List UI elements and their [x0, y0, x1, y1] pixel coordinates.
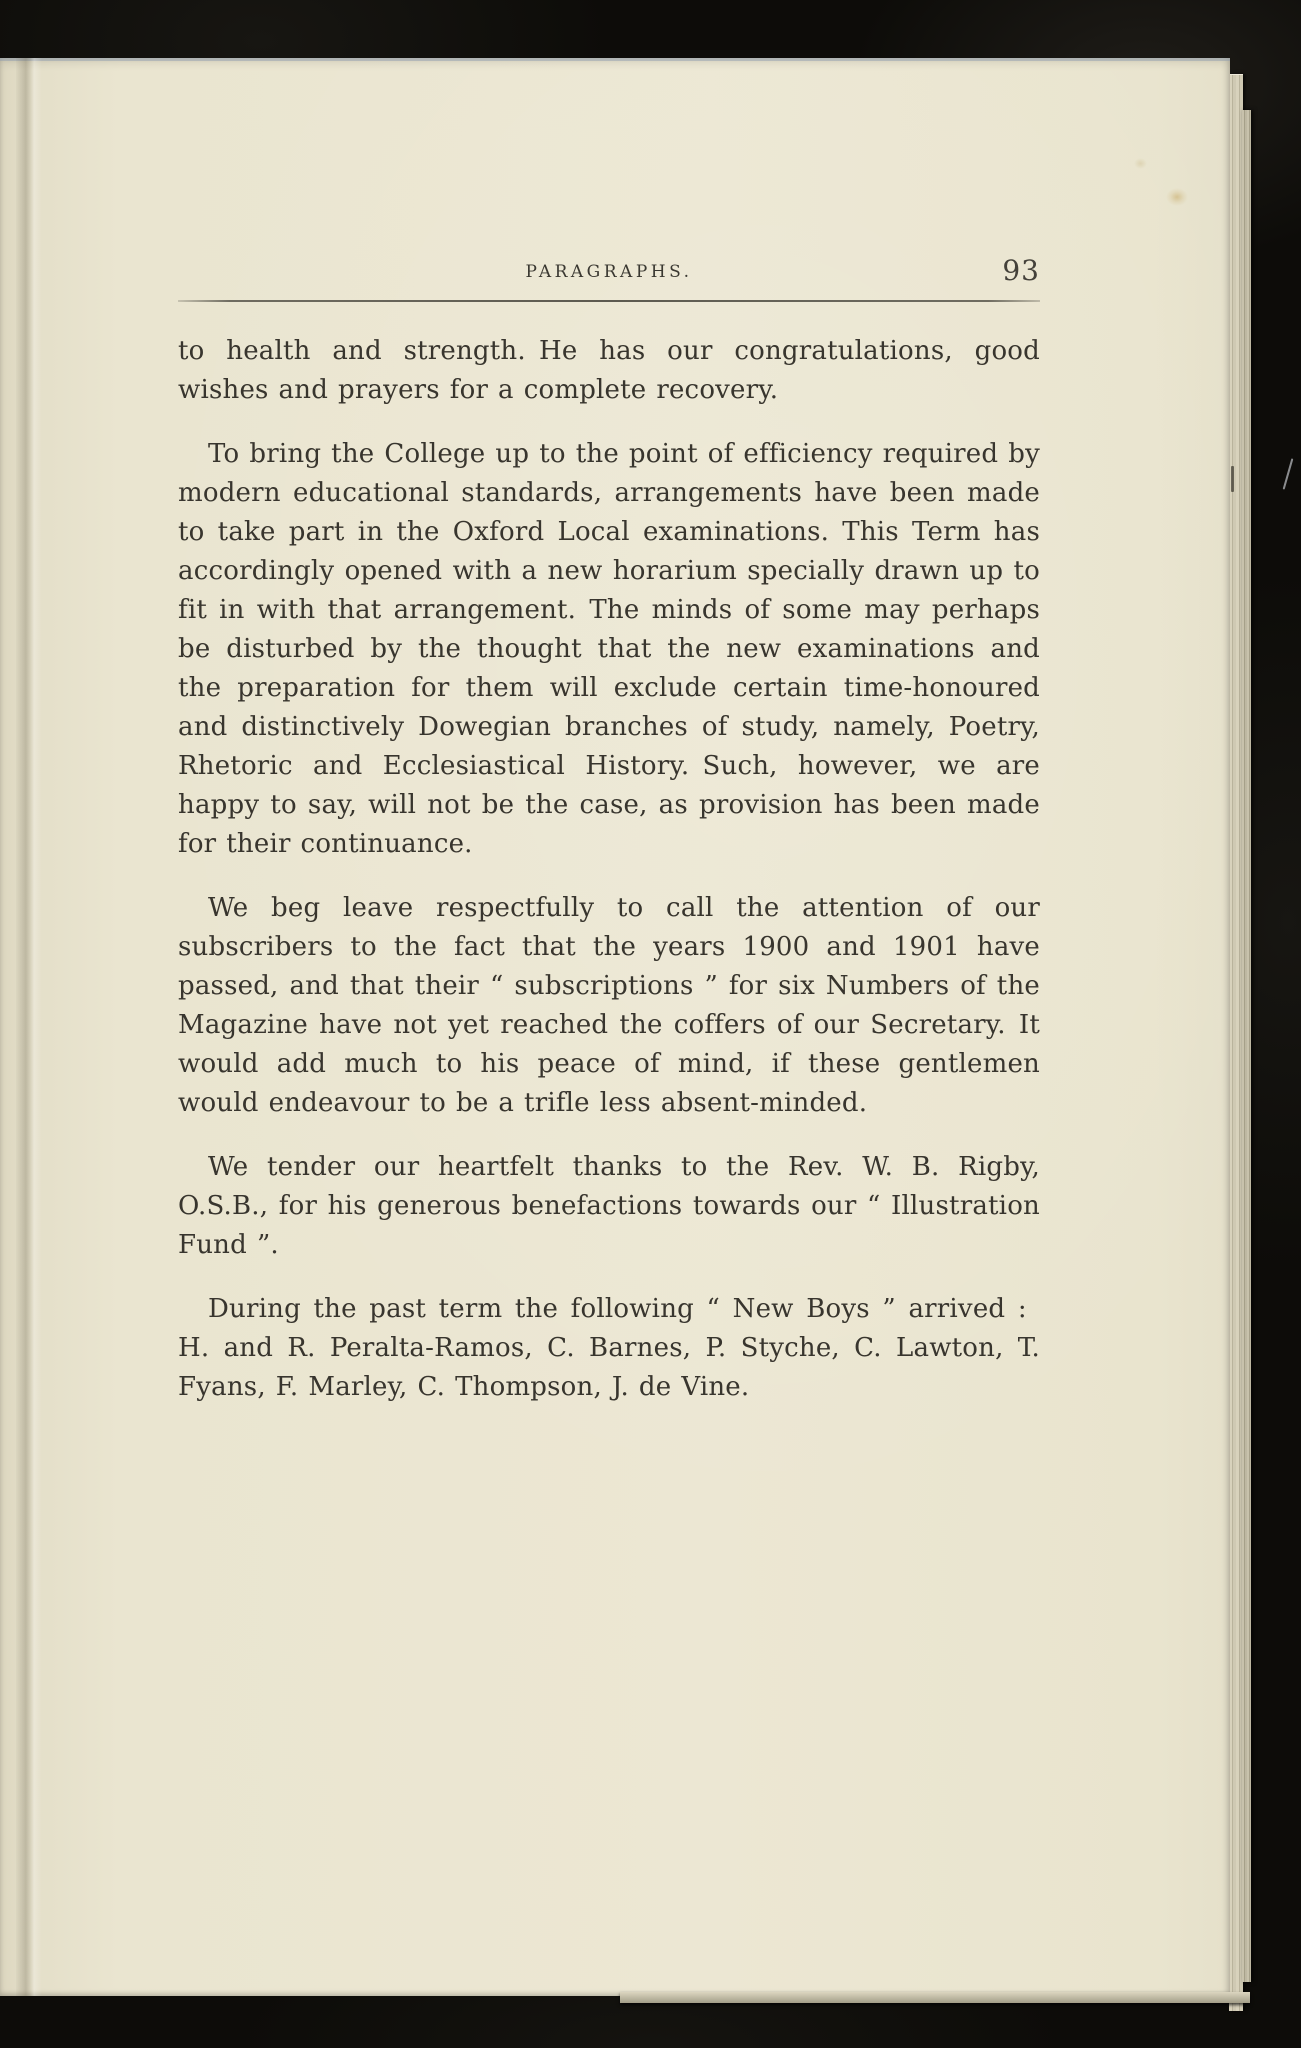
- page-number: 93: [1002, 256, 1040, 286]
- paragraph: We beg leave respectfully to call the at…: [178, 889, 1040, 1123]
- body-text: to health and strength. He has our congr…: [178, 332, 1040, 1407]
- binding-gutter-crease: [16, 58, 42, 1996]
- paragraph: We tender our heartfelt thanks to the Re…: [178, 1148, 1040, 1265]
- page-bottom-edge: [620, 1992, 1250, 2003]
- scan-artifact: [1231, 466, 1234, 492]
- foxing-spot: [1166, 188, 1188, 206]
- running-title: PARAGRAPHS.: [178, 248, 1040, 284]
- printed-text-column: PARAGRAPHS. 93 to health and strength. H…: [178, 248, 1040, 1432]
- foxing-spot: [1134, 158, 1147, 169]
- page-edge-stack: [1229, 74, 1243, 2011]
- paragraph: To bring the College up to the point of …: [178, 435, 1040, 864]
- paragraph: to health and strength. He has our congr…: [178, 332, 1040, 410]
- book-page: PARAGRAPHS. 93 to health and strength. H…: [0, 58, 1230, 1996]
- scanned-book-photo: PARAGRAPHS. 93 to health and strength. H…: [0, 0, 1301, 2048]
- page-edge-stack: [1242, 110, 1251, 1982]
- paragraph: During the past term the following “ New…: [178, 1290, 1040, 1407]
- header-rule: [178, 300, 1040, 302]
- page-header: PARAGRAPHS. 93: [178, 248, 1040, 300]
